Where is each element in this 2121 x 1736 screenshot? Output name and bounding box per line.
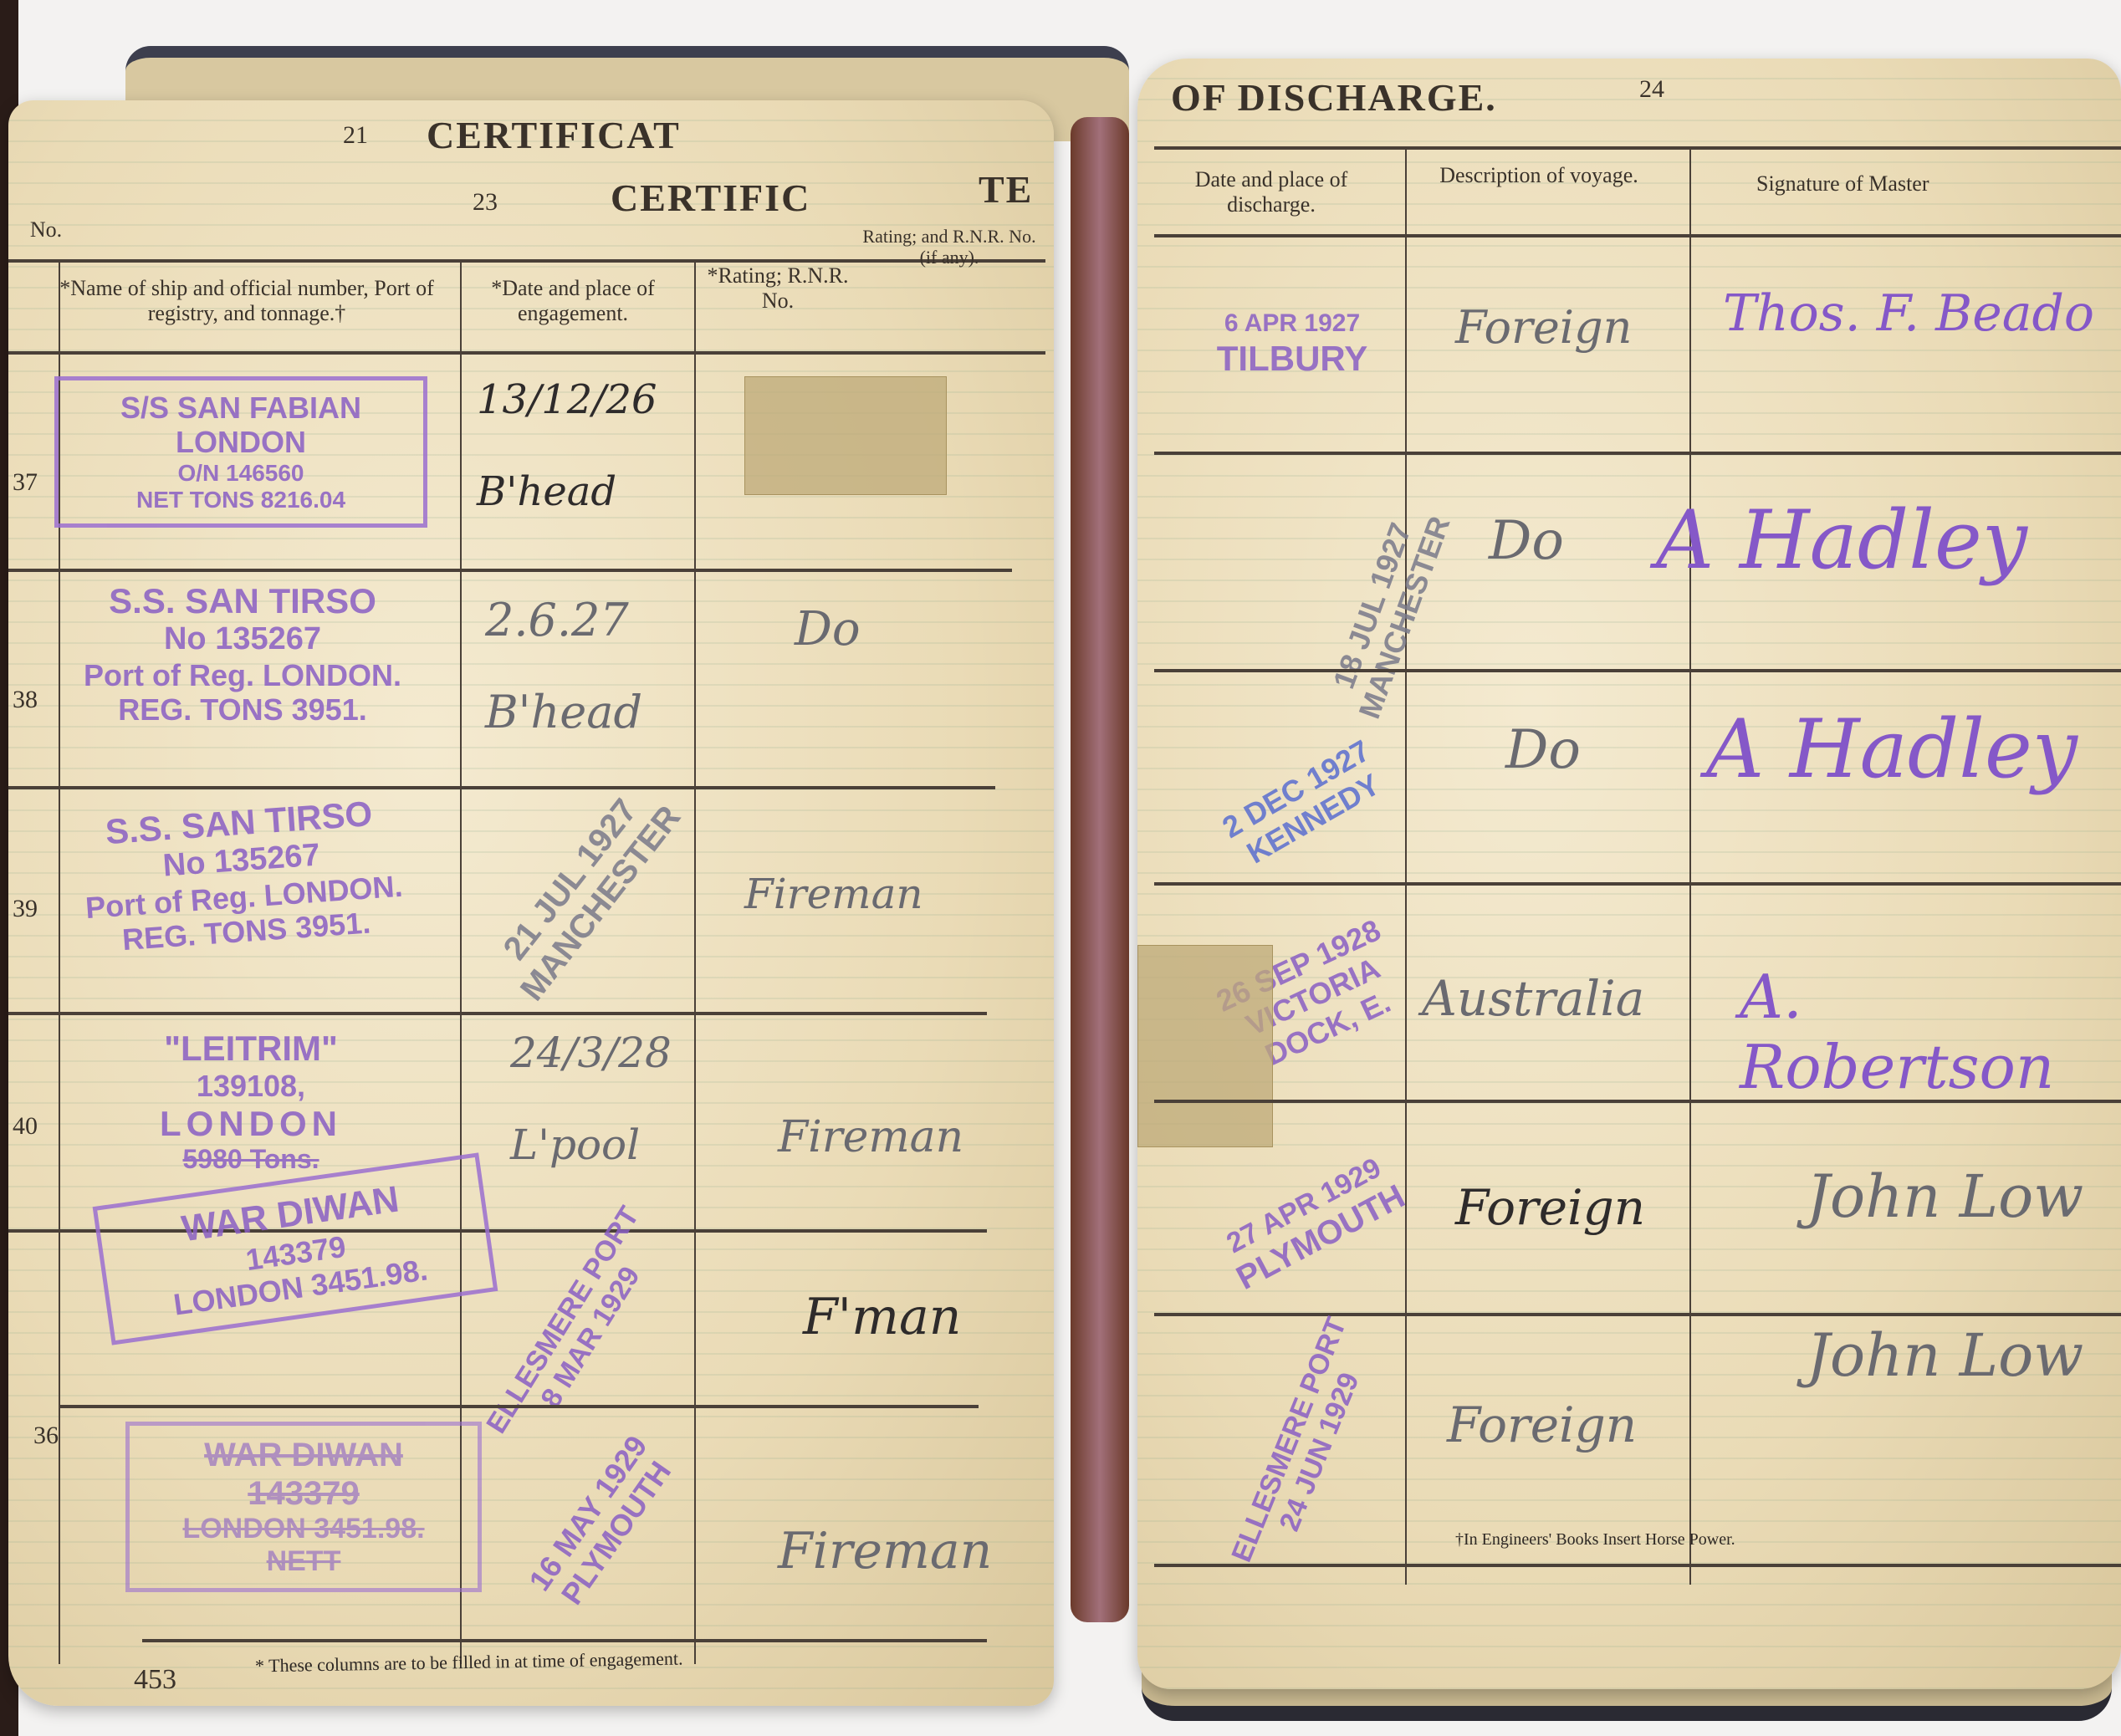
ship-stamp: S/S SAN FABIAN LONDON O/N 146560 NET TON… <box>54 376 427 528</box>
voyage: Foreign <box>1455 1179 1645 1236</box>
col-header-rating: *Rating; R.N.R. No. <box>703 263 853 314</box>
rule <box>1154 146 2121 150</box>
left-page: 21 CERTIFICAT TE 23 CERTIFIC No. *Name o… <box>8 100 1054 1706</box>
stamp-line: LONDON <box>74 425 408 459</box>
rule <box>1154 1100 2121 1103</box>
stamp-line: NET TONS 8216.04 <box>74 487 408 513</box>
discharge-stamp: 6 APR 1927 TILBURY <box>1188 309 1397 379</box>
right-page: OF DISCHARGE. 24 Date and place of disch… <box>1137 59 2121 1689</box>
rule <box>8 786 995 789</box>
stamp-line: Port of Reg. LONDON. <box>42 658 443 692</box>
page-number: 21 <box>343 121 368 150</box>
book-spine <box>1071 117 1129 1622</box>
rule <box>142 1639 987 1642</box>
engagement-place: B'head <box>485 686 642 738</box>
ship-stamp: WAR DIWAN 143379 LONDON 3451.98. <box>93 1152 498 1345</box>
row-number: 40 <box>13 1112 38 1141</box>
rating: Fireman <box>778 1522 992 1580</box>
repair-tape <box>1137 945 1273 1147</box>
row-number: 37 <box>13 468 38 497</box>
engagement-date: 24/3/28 <box>510 1029 672 1077</box>
discharge-stamp: 2 DEC 1927 KENNEDY <box>1172 707 1439 901</box>
rule <box>8 1012 987 1015</box>
stamp-line: No 135267 <box>42 621 443 658</box>
rule <box>59 1405 979 1408</box>
row-number: 39 <box>13 895 38 923</box>
col-divider <box>694 259 696 1664</box>
rating: F'man <box>803 1288 961 1346</box>
stamp-line: "LEITRIM" <box>92 1029 410 1069</box>
row-number: 36 <box>33 1422 59 1450</box>
ship-stamp: "LEITRIM" 139108, LONDON 5980 Tons. <box>92 1029 410 1175</box>
rule <box>1154 452 2121 455</box>
page-number: 23 <box>473 188 498 217</box>
voyage: Do <box>1505 719 1581 781</box>
rule <box>1154 234 2121 237</box>
page-title: CERTIFIC <box>611 176 810 220</box>
stamp-line: 6 APR 1927 <box>1188 309 1397 339</box>
page-number: 24 <box>1639 75 1664 104</box>
corner-number: 453 <box>134 1664 176 1696</box>
engagement-stamp: 21 JUL 1927 MANCHESTER <box>478 768 693 1014</box>
col-header-rating-back: Rating; and R.N.R. No. (if any). <box>853 226 1045 268</box>
voyage: Do <box>1489 510 1564 572</box>
row-number: 38 <box>13 686 38 714</box>
stamp-line: REG. TONS 3951. <box>42 692 443 727</box>
ship-stamp: S.S. SAN TIRSO No 135267 Port of Reg. LO… <box>42 581 443 728</box>
rating: Fireman <box>778 1112 963 1162</box>
page-title: OF DISCHARGE. <box>1171 75 1497 120</box>
col-divider <box>1689 146 1691 1585</box>
stamp-line: S/S SAN FABIAN <box>74 391 408 425</box>
voyage: Foreign <box>1447 1396 1637 1453</box>
master-signature: Thos. F. Beado <box>1723 284 2094 343</box>
engagement-place: B'head <box>477 468 616 515</box>
rule <box>1154 1313 2121 1316</box>
ship-stamp-struck: WAR DIWAN 143379 LONDON 3451.98. NETT <box>125 1422 482 1592</box>
voyage: Foreign <box>1455 301 1632 354</box>
voyage: Australia <box>1422 970 1644 1027</box>
master-signature: A. Robertson <box>1740 962 2121 1102</box>
col-header-engagement: *Date and place of engagement. <box>464 276 682 326</box>
ship-stamp: S.S. SAN TIRSO No 135267 Port of Reg. LO… <box>37 789 447 962</box>
page-title-fragment: TE <box>979 167 1033 212</box>
stamp-line: LONDON <box>92 1104 410 1144</box>
engagement-date: 13/12/26 <box>477 376 657 423</box>
col-header-master: Signature of Master <box>1689 171 2121 197</box>
discharge-stamp: 18 JUL 1927 MANCHESTER <box>1310 474 1466 749</box>
stamp-line: NETT <box>145 1545 463 1578</box>
repair-tape <box>744 376 947 495</box>
stamp-line: 143379 <box>145 1474 463 1513</box>
master-signature: John Low <box>1807 1162 2083 1231</box>
rating: Do <box>795 602 861 656</box>
rule <box>1154 1564 2121 1567</box>
master-signature: A Hadley <box>1656 493 2027 587</box>
col-divider <box>1405 146 1407 1585</box>
col-header-discharge: Date and place of discharge. <box>1171 167 1372 217</box>
stamp-line: TILBURY <box>1188 339 1397 379</box>
col-header-ship: *Name of ship and official number, Port … <box>42 276 452 326</box>
rule <box>8 351 1045 355</box>
col-header-voyage: Description of voyage. <box>1413 163 1664 188</box>
discharge-stamp: 27 APR 1929 PLYMOUTH <box>1186 1133 1441 1314</box>
rating: Fireman <box>744 870 923 918</box>
stamp-line: WAR DIWAN <box>145 1436 463 1474</box>
rule <box>8 569 1012 572</box>
footnote: * These columns are to be filled in at t… <box>255 1648 683 1677</box>
master-signature: A Hadley <box>1706 702 2078 796</box>
stamp-line: S.S. SAN TIRSO <box>42 581 443 621</box>
rule <box>1154 669 2121 672</box>
col-header-no: No. <box>25 217 67 243</box>
page-title: CERTIFICAT <box>427 113 681 157</box>
stamp-line: O/N 146560 <box>74 460 408 487</box>
discharge-stamp: ELLESMERE PORT 24 JUN 1929 <box>1224 1310 1385 1582</box>
rule <box>1154 882 2121 886</box>
engagement-date: 2.6.27 <box>485 594 629 646</box>
footnote: †In Engineers' Books Insert Horse Power. <box>1455 1530 1735 1550</box>
stamp-line: 139108, <box>92 1069 410 1103</box>
master-signature: John Low <box>1807 1321 2083 1390</box>
engagement-place: L'pool <box>510 1121 640 1169</box>
stamp-line: LONDON 3451.98. <box>145 1513 463 1545</box>
